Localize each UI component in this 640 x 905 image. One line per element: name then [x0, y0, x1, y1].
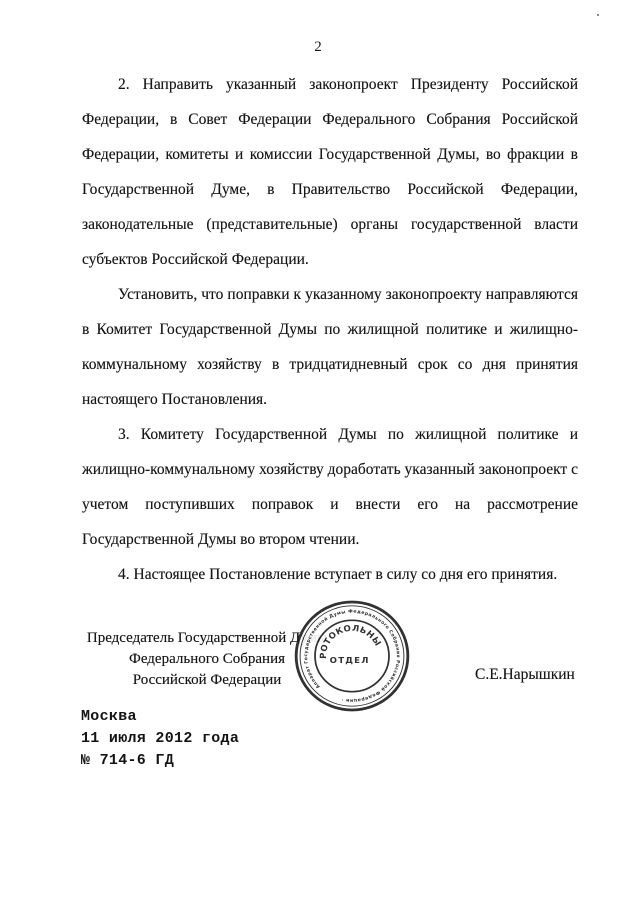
body-line-p1-l1: 2. Направить указанный законопроект През… — [82, 67, 578, 102]
body-line-p1-l2: Федерации, в Совет Федерации Федеральног… — [82, 102, 578, 137]
body-line-p2-l4: настоящего Постановления. — [82, 382, 578, 417]
body-line-p2-l3: коммунальному хозяйству в тридцатидневны… — [82, 347, 578, 382]
body-line-p2-l1: Установить, что поправки к указанному за… — [82, 277, 578, 312]
scan-speck-artifact — [597, 14, 599, 16]
body-line-p3-l4: Государственной Думы во втором чтении. — [82, 522, 578, 557]
document-page: 2 2. Направить указанный законопроект Пр… — [0, 0, 640, 905]
issue-number: № 714-6 ГД — [81, 750, 239, 772]
issue-date: 11 июля 2012 года — [81, 728, 239, 750]
stamp-center-text: ОТДЕЛ — [330, 656, 370, 666]
body-line-p2-l2: в Комитет Государственной Думы по жилищн… — [82, 312, 578, 347]
issue-details: Москва 11 июля 2012 года № 714-6 ГД — [81, 706, 239, 772]
body-line-p1-l5: законодательные (представительные) орган… — [82, 207, 578, 242]
page-number: 2 — [0, 40, 636, 55]
signatory-name: С.Е.Нарышкин — [475, 664, 575, 685]
body-line-p1-l3: Федерации, комитеты и комиссии Государст… — [82, 137, 578, 172]
body-line-p3-l3: учетом поступивших поправок и внести его… — [82, 487, 578, 522]
body-line-p3-l1: 3. Комитету Государственной Думы по жили… — [82, 417, 578, 452]
issue-city: Москва — [81, 706, 239, 728]
body-line-p4-l1: 4. Настоящее Постановление вступает в си… — [82, 557, 578, 592]
resolution-body: 2. Направить указанный законопроект През… — [82, 67, 578, 592]
body-line-p3-l2: жилищно-коммунальному хозяйству доработа… — [82, 452, 578, 487]
protocol-department-stamp: Аппарат Государственной Думы Федеральног… — [293, 599, 411, 713]
body-line-p1-l4: Государственной Думе, в Правительство Ро… — [82, 172, 578, 207]
body-line-p1-l6: субъектов Российской Федерации. — [82, 242, 578, 277]
